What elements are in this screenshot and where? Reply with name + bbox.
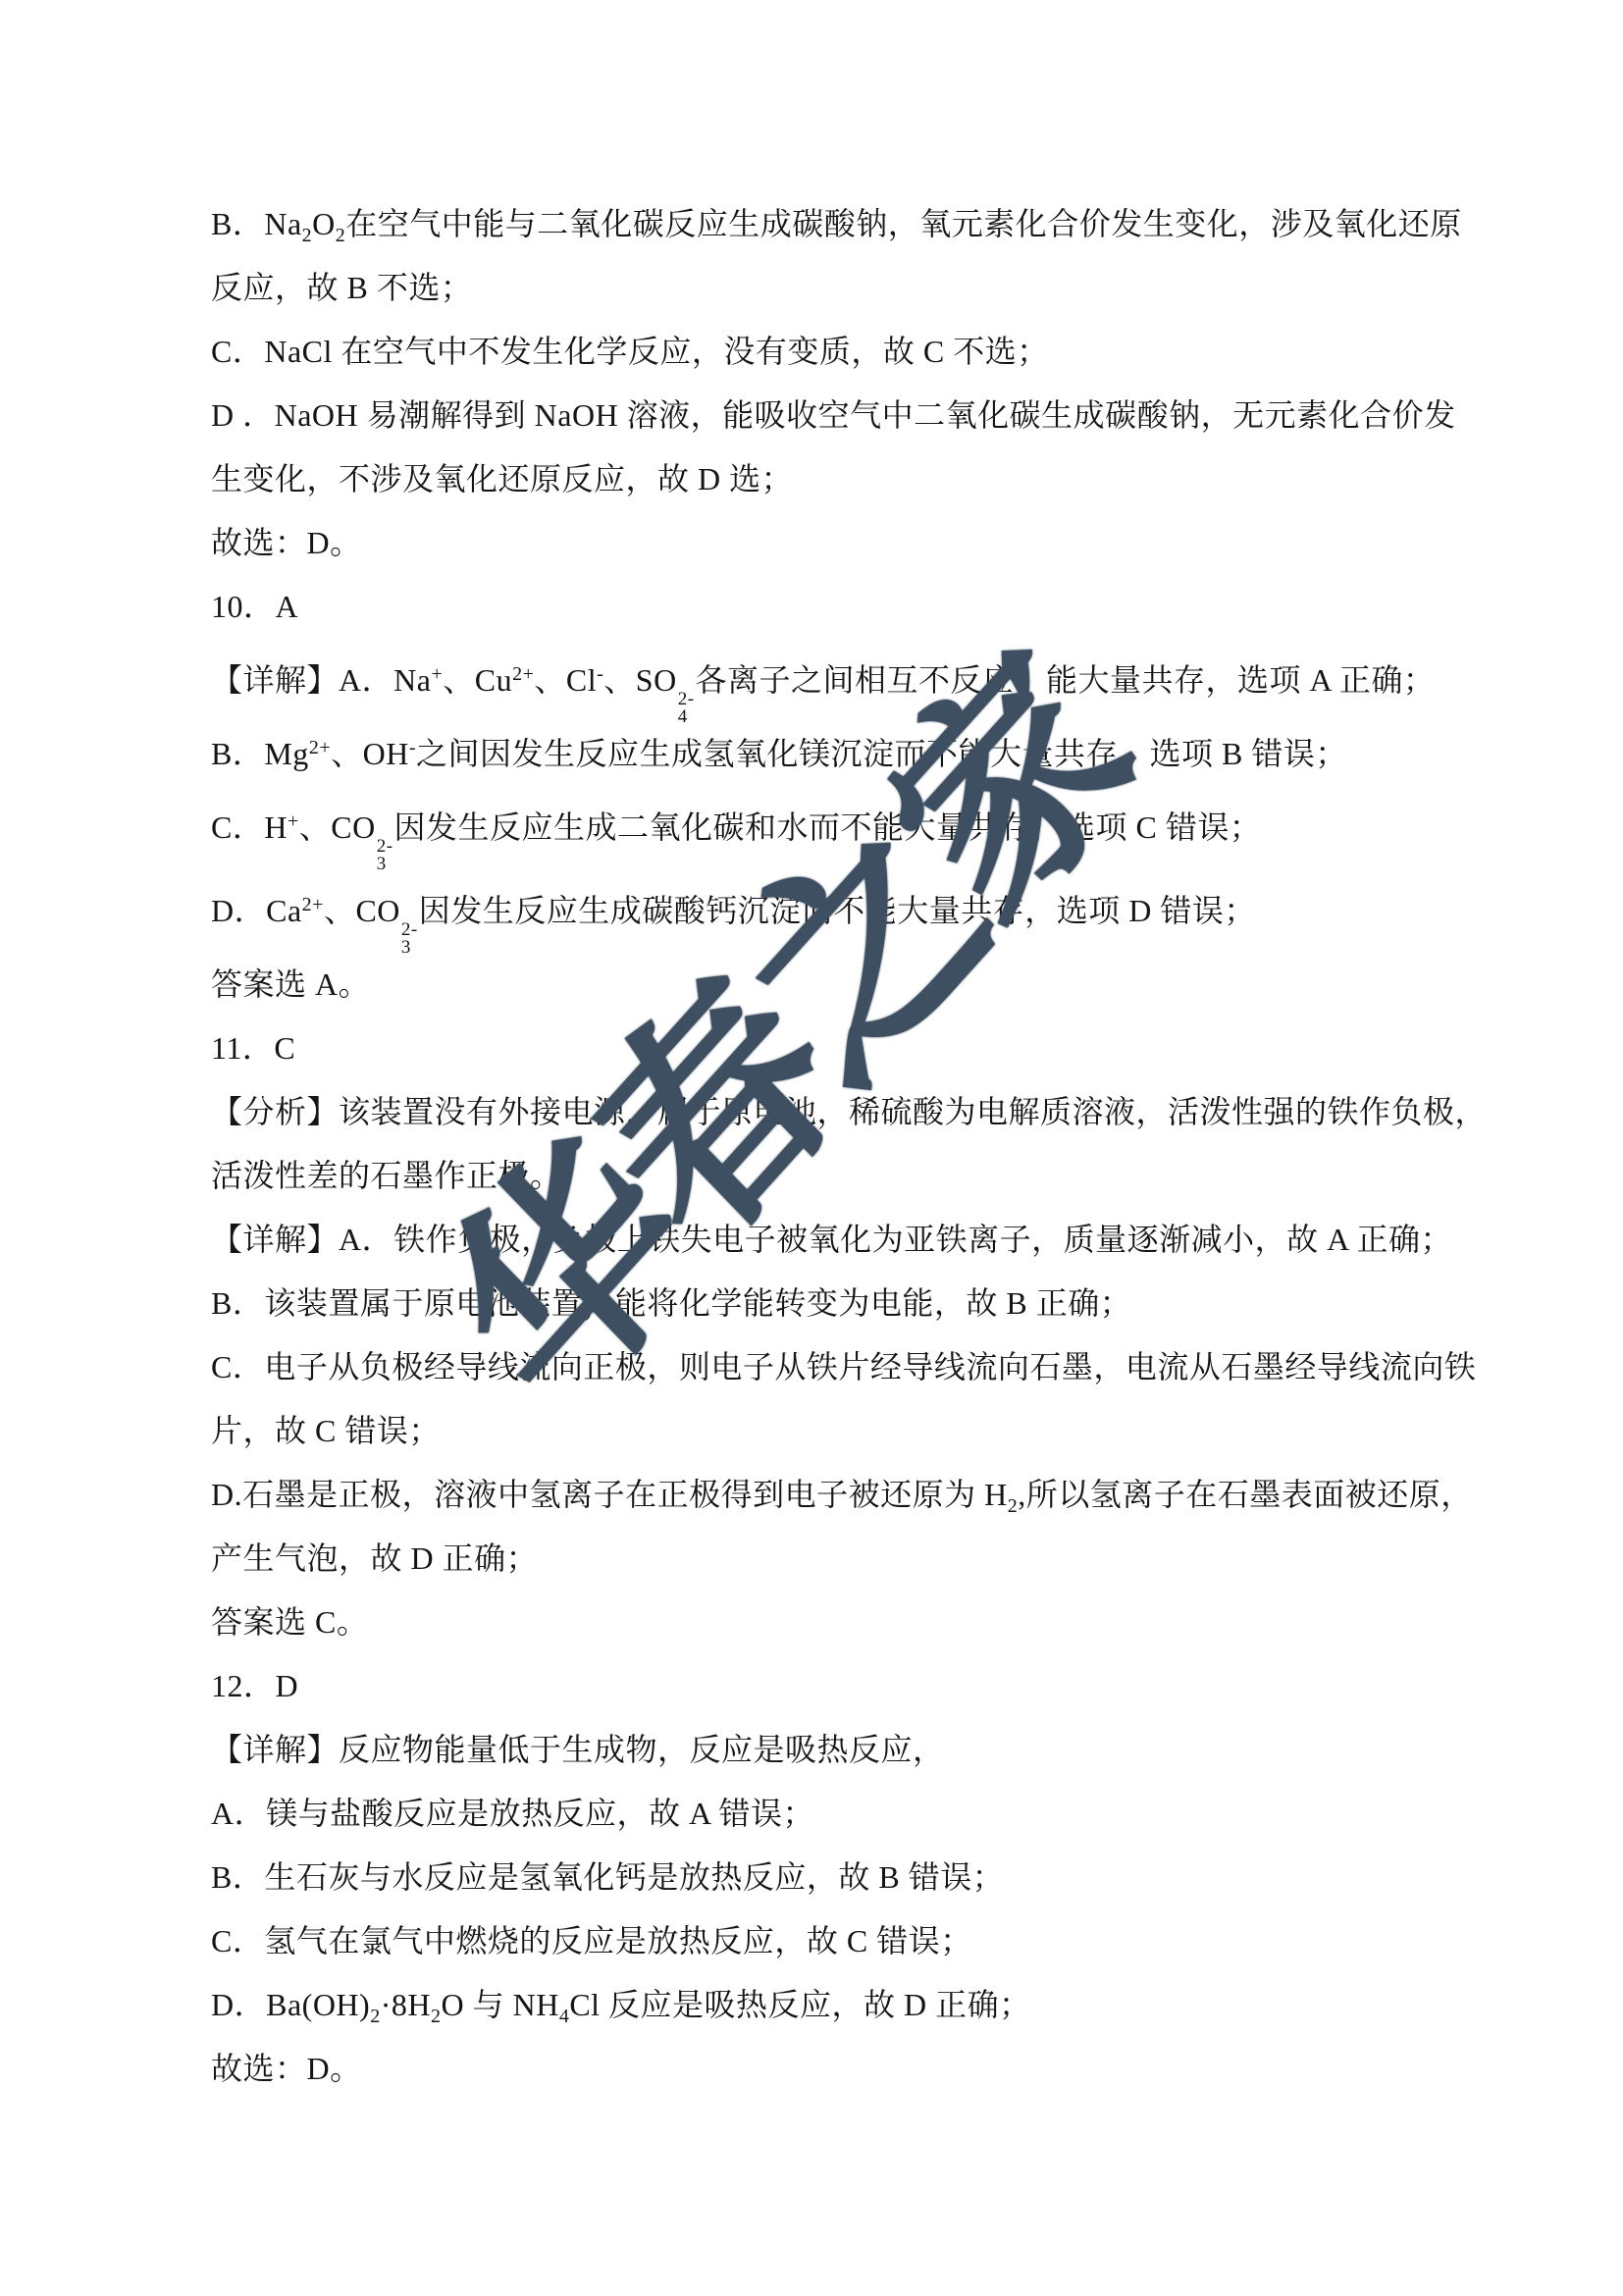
q12-heading: 12．D	[211, 1654, 1487, 1718]
q10-option-b: B．Mg2+、OH-之间因发生反应生成氢氧化镁沉淀而不能大量共存，选项 B 错误…	[211, 722, 1487, 786]
q9-option-c: C．NaCl 在空气中不发生化学反应，没有变质，故 C 不选；	[211, 320, 1487, 384]
q10-answer: 答案选 A。	[211, 953, 1487, 1017]
ion-charge-stack: 2-3	[377, 838, 393, 873]
ion-charge-superscript: -	[597, 663, 603, 685]
q9-option-b-cont: 反应，故 B 不选；	[211, 256, 1487, 320]
chemical-subscript: 2	[1008, 1495, 1019, 1517]
q10-heading: 10．A	[211, 575, 1487, 639]
ion-charge-superscript: 2+	[512, 663, 534, 685]
q11-option-d: D.石墨是正极，溶液中氢离子在正极得到电子被还原为 H2,所以氢离子在石墨表面被…	[211, 1463, 1487, 1527]
q12-detail: 【详解】反应物能量低于生成物，反应是吸热反应，	[211, 1718, 1487, 1782]
q11-analysis: 【分析】该装置没有外接电源，属于原电池，稀硫酸为电解质溶液，活泼性强的铁作负极，	[211, 1080, 1487, 1144]
q12-answer: 故选：D。	[211, 2037, 1487, 2101]
q10-option-c: C．H+、CO2-3因发生反应生成二氧化碳和水而不能大量共存，选项 C 错误；	[211, 786, 1487, 869]
chemical-subscript: 2	[431, 2006, 442, 2027]
q10-detail-a: 【详解】A．Na+、Cu2+、Cl-、SO2-4各离子之间相互不反应，能大量共存…	[211, 639, 1487, 722]
q11-answer: 答案选 C。	[211, 1591, 1487, 1654]
q9-option-b: B．Na2O2在空气中能与二氧化碳反应生成碳酸钠，氧元素化合价发生变化，涉及氧化…	[211, 192, 1487, 256]
ion-charge-superscript: 2+	[309, 737, 331, 758]
ion-charge-superscript: -	[409, 737, 416, 758]
q11-option-c: C．电子从负极经导线流向正极，则电子从铁片经导线流向石墨，电流从石墨经导线流向铁	[211, 1335, 1487, 1399]
q9-option-d: D ．NaOH 易潮解得到 NaOH 溶液，能吸收空气中二氧化碳生成碳酸钠，无元…	[211, 384, 1487, 447]
q12-option-a: A．镁与盐酸反应是放热反应，故 A 错误；	[211, 1782, 1487, 1846]
q11-heading: 11．C	[211, 1017, 1487, 1080]
q11-option-b: B．该装置属于原电池装置，能将化学能转变为电能，故 B 正确；	[211, 1272, 1487, 1335]
answer-document: B．Na2O2在空气中能与二氧化碳反应生成碳酸钠，氧元素化合价发生变化，涉及氧化…	[211, 192, 1487, 2101]
q12-option-b: B．生石灰与水反应是氢氧化钙是放热反应，故 B 错误；	[211, 1846, 1487, 1909]
chemical-subscript: 2	[370, 2006, 381, 2027]
ion-charge-stack: 2-4	[678, 691, 695, 726]
ion-charge-superscript: +	[288, 810, 299, 832]
q12-option-d: D．Ba(OH)2·8H2O 与 NH4Cl 反应是吸热反应，故 D 正确；	[211, 1973, 1487, 2037]
ion-charge-superscript: 2+	[302, 894, 324, 915]
q10-option-d: D．Ca2+、CO2-3因发生反应生成碳酸钙沉淀而不能大量共存，选项 D 错误；	[211, 869, 1487, 953]
chemical-subscript: 2	[336, 225, 346, 246]
q11-option-c-cont: 片，故 C 错误；	[211, 1399, 1487, 1463]
chemical-subscript: 4	[559, 2006, 570, 2027]
q11-detail-a: 【详解】A．铁作负极，负极上铁失电子被氧化为亚铁离子，质量逐渐减小，故 A 正确…	[211, 1208, 1487, 1272]
q9-option-d-cont: 生变化，不涉及氧化还原反应，故 D 选；	[211, 447, 1487, 511]
q12-option-c: C．氢气在氯气中燃烧的反应是放热反应，故 C 错误；	[211, 1909, 1487, 1973]
ion-charge-stack: 2-3	[401, 921, 418, 957]
ion-charge-superscript: +	[431, 663, 443, 685]
q9-answer: 故选：D。	[211, 511, 1487, 575]
chemical-subscript: 2	[302, 225, 313, 246]
q11-option-d-cont: 产生气泡，故 D 正确；	[211, 1527, 1487, 1591]
q11-analysis-cont: 活泼性差的石墨作正极。	[211, 1144, 1487, 1208]
